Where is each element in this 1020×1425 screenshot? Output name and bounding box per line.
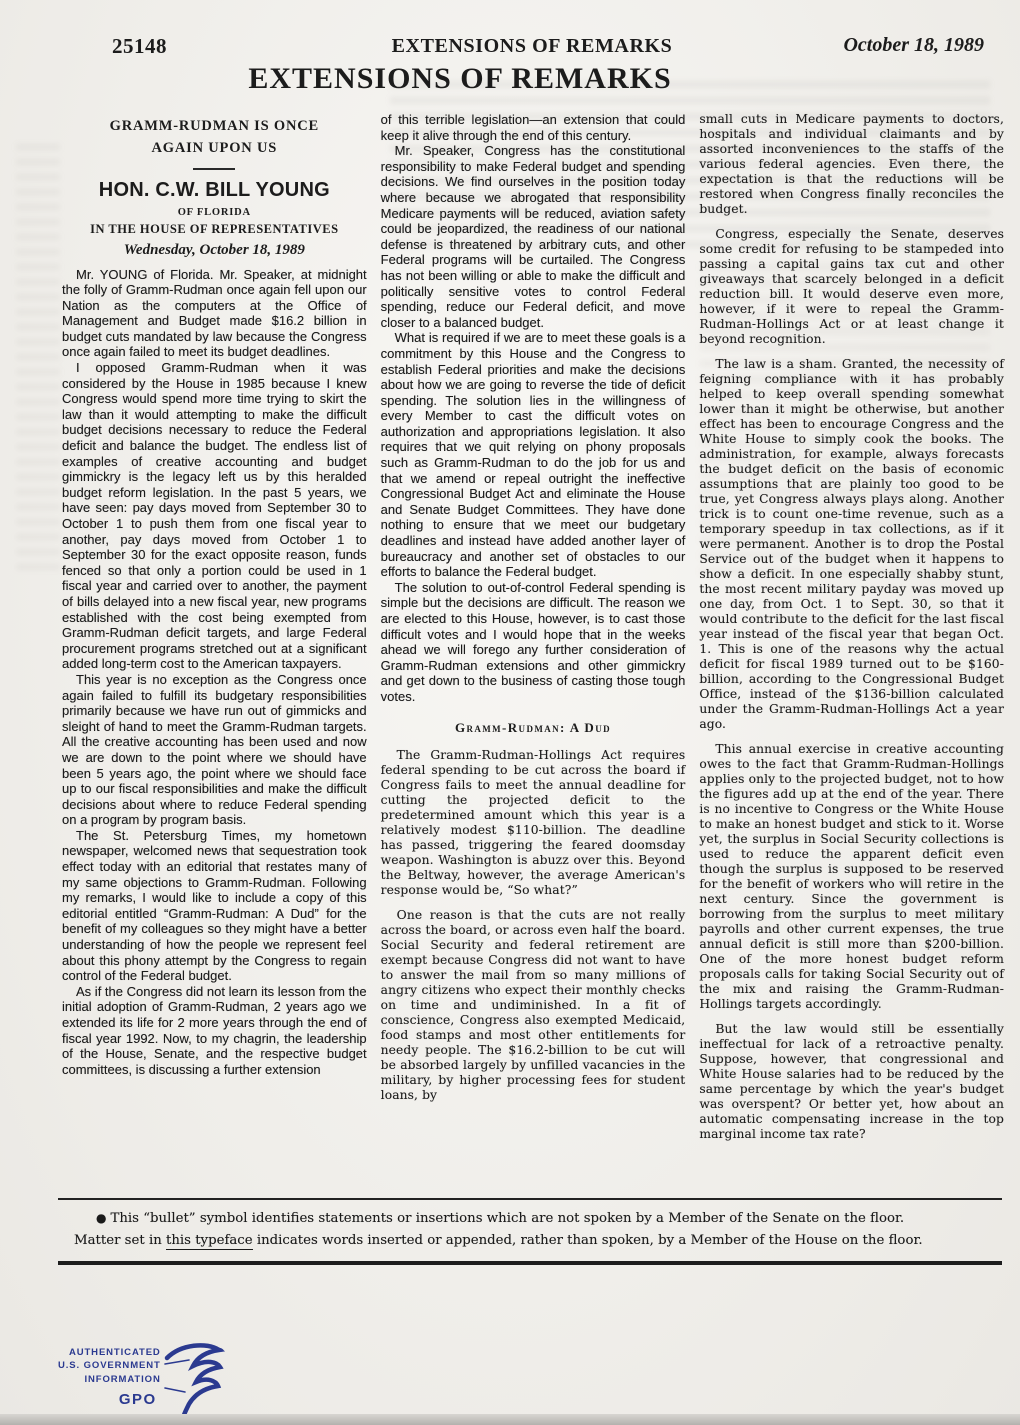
congressional-record-page: 25148 EXTENSIONS OF REMARKS October 18, … — [0, 0, 1020, 1425]
gpo-seal-line3: INFORMATION — [58, 1373, 161, 1386]
editorial-title: Gramm-Rudman: A Dud — [381, 720, 686, 736]
remarks-text-block: of this terrible legislation—an extensio… — [381, 112, 686, 705]
article-columns: GRAMM-RUDMAN IS ONCE AGAIN UPON US HON. … — [62, 112, 1004, 1152]
paragraph-continuation: of this terrible legislation—an extensio… — [381, 112, 686, 143]
page-number: 25148 — [112, 34, 167, 59]
footnote-line1: ●This “bullet” symbol identifies stateme… — [72, 1211, 990, 1226]
paragraph: I opposed Gramm-Rudman when it was consi… — [62, 360, 367, 672]
section-title: EXTENSIONS OF REMARKS — [60, 62, 860, 96]
paragraph: The law is a sham. Granted, the necessit… — [699, 357, 1004, 732]
author-name: HON. C.W. BILL YOUNG — [62, 179, 367, 202]
footnote-line1-text: This “bullet” symbol identifies statemen… — [110, 1211, 904, 1226]
eagle-icon — [163, 1342, 225, 1416]
footnote-line2: Matter set in this typeface indicates wo… — [72, 1233, 990, 1248]
scan-bleedthrough — [16, 140, 60, 570]
footnote-line2-post: indicates words inserted or appended, ra… — [253, 1233, 923, 1248]
editorial-text-block: The Gramm-Rudman-Hollings Act requires f… — [381, 748, 686, 1103]
chamber-line: IN THE HOUSE OF REPRESENTATIVES — [62, 222, 367, 237]
gpo-seal-line2: U.S. GOVERNMENT — [58, 1359, 161, 1372]
paragraph: The Gramm-Rudman-Hollings Act requires f… — [381, 748, 686, 898]
footnote-line2-pre: Matter set in — [74, 1233, 166, 1248]
editorial-text-block: small cuts in Medicare payments to docto… — [699, 112, 1004, 1142]
issue-date: October 18, 1989 — [843, 34, 984, 57]
paragraph: As if the Congress did not learn its les… — [62, 984, 367, 1078]
article-title-line2: AGAIN UPON US — [152, 140, 278, 156]
running-header: 25148 EXTENSIONS OF REMARKS October 18, … — [0, 34, 1020, 64]
paragraph: This annual exercise in creative account… — [699, 742, 1004, 1012]
paragraph: The St. Petersburg Times, my hometown ne… — [62, 828, 367, 984]
paragraph: One reason is that the cuts are not real… — [381, 908, 686, 1103]
remarks-text-block: Mr. YOUNG of Florida. Mr. Speaker, at mi… — [62, 267, 367, 1078]
paragraph: But the law would still be essentially i… — [699, 1022, 1004, 1142]
paragraph: Congress, especially the Senate, deserve… — [699, 227, 1004, 347]
scan-edge-shadow — [0, 1414, 1020, 1425]
article-title-line1: GRAMM-RUDMAN IS ONCE — [110, 118, 319, 134]
paragraph: This year is no exception as the Congres… — [62, 672, 367, 828]
paragraph: What is required if we are to meet these… — [381, 330, 686, 580]
bullet-icon: ● — [96, 1211, 106, 1225]
gpo-seal-line1: AUTHENTICATED — [58, 1346, 161, 1359]
gpo-acronym: GPO — [58, 1389, 161, 1410]
author-state: OF FLORIDA — [62, 207, 367, 218]
article-title: GRAMM-RUDMAN IS ONCE AGAIN UPON US — [62, 116, 367, 160]
column-2: of this terrible legislation—an extensio… — [381, 112, 686, 1152]
paragraph-continuation: small cuts in Medicare payments to docto… — [699, 112, 1004, 217]
paragraph: Mr. YOUNG of Florida. Mr. Speaker, at mi… — [62, 267, 367, 361]
column-3: small cuts in Medicare payments to docto… — [699, 112, 1004, 1152]
gpo-seal-text: AUTHENTICATED U.S. GOVERNMENT INFORMATIO… — [58, 1346, 161, 1410]
paragraph: Mr. Speaker, Congress has the constituti… — [381, 143, 686, 330]
paragraph: The solution to out-of-control Federal s… — [381, 580, 686, 705]
speech-date: Wednesday, October 18, 1989 — [62, 242, 367, 259]
running-title: EXTENSIONS OF REMARKS — [392, 35, 673, 58]
footnote-typeface-sample: this typeface — [166, 1233, 253, 1250]
divider-rule — [193, 168, 235, 170]
column-1: GRAMM-RUDMAN IS ONCE AGAIN UPON US HON. … — [62, 112, 367, 1152]
gpo-authentication-seal: AUTHENTICATED U.S. GOVERNMENT INFORMATIO… — [58, 1346, 225, 1416]
footnote-box: ●This “bullet” symbol identifies stateme… — [58, 1198, 1002, 1265]
